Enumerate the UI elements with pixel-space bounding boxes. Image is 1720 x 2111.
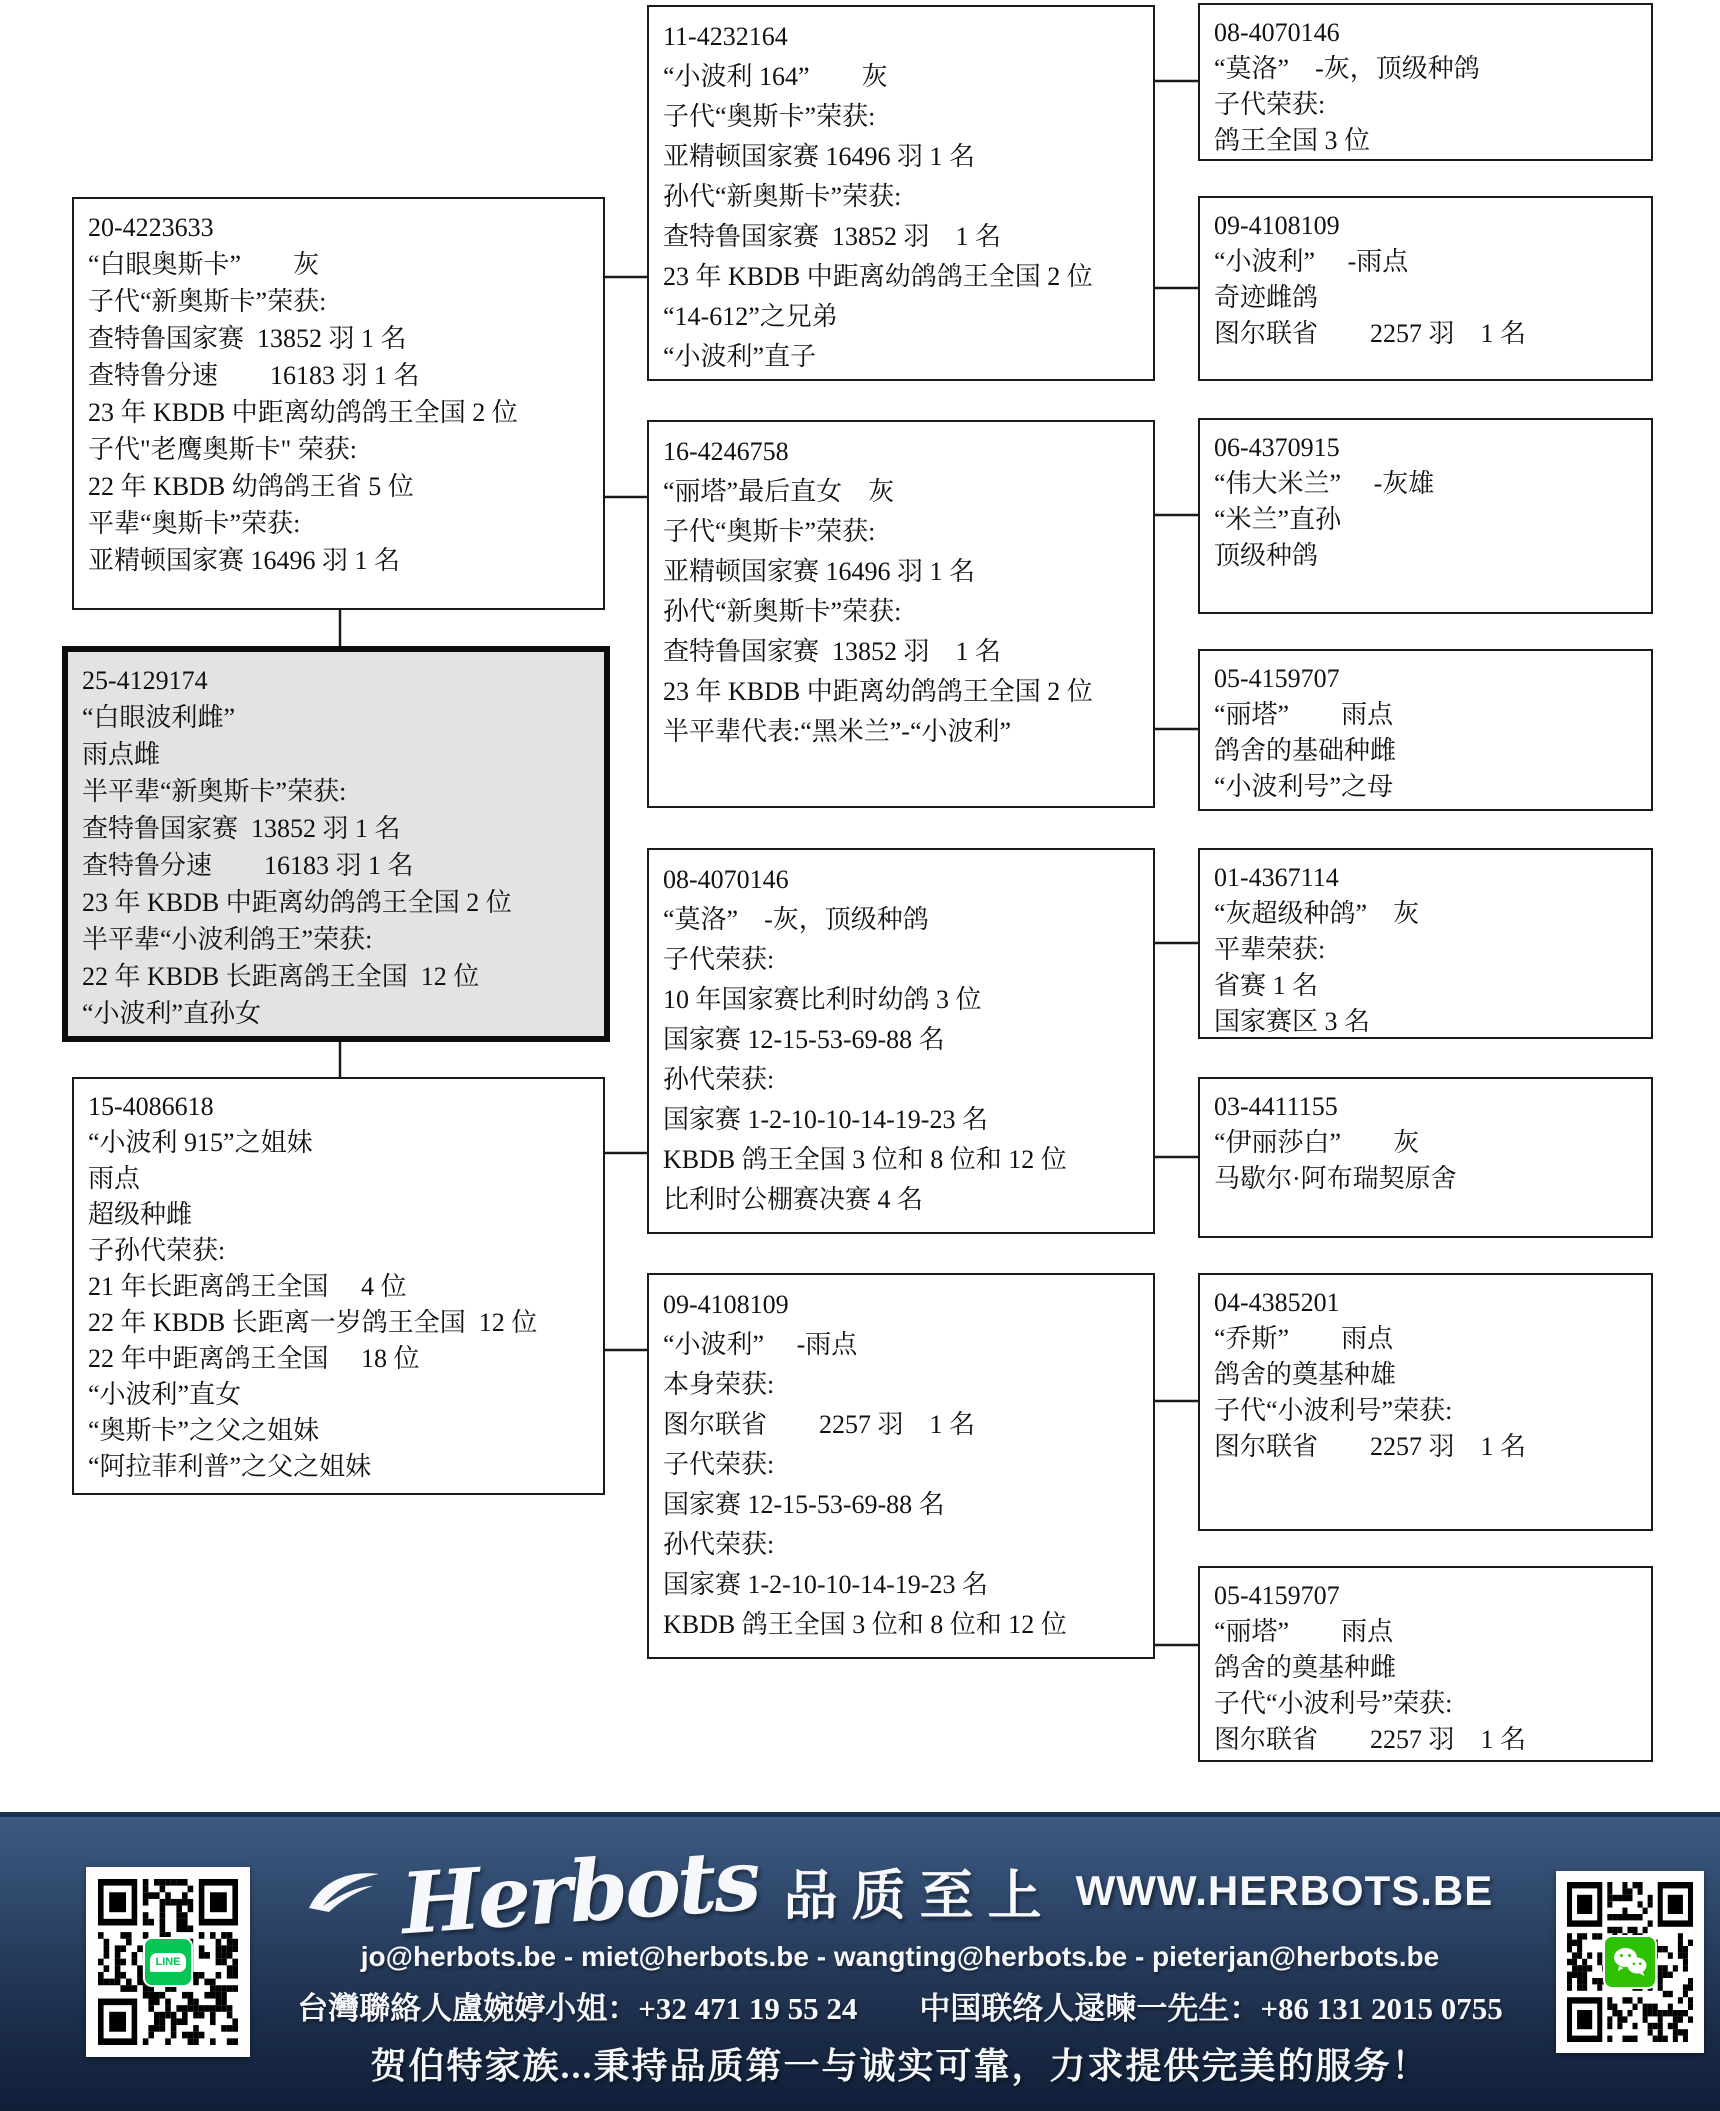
ring-number: 09-4108109 bbox=[1214, 208, 1637, 244]
pedigree-line: “14-612”之兄弟 bbox=[663, 297, 1139, 337]
pedigree-line: 孙代“新奥斯卡”荣获: bbox=[663, 177, 1139, 217]
pedigree-box-granddam-2: 09-4108109 “小波利” -雨点本身荣获:图尔联省 2257 羽 1 名… bbox=[647, 1273, 1155, 1659]
pedigree-box-ggparent-7: 04-4385201 “乔斯” 雨点鸽舍的奠基种雄子代“小波利号”荣获:图尔联省… bbox=[1198, 1273, 1653, 1531]
pedigree-line: 查特鲁国家赛 13852 羽 1 名 bbox=[82, 810, 590, 847]
pedigree-line: 雨点雌 bbox=[82, 736, 590, 773]
pedigree-box-subject: 25-4129174 “白眼波利雌”雨点雌半平辈“新奥斯卡”荣获:查特鲁国家赛 … bbox=[62, 646, 610, 1042]
pedigree-line: 省赛 1 名 bbox=[1214, 968, 1637, 1004]
pedigree-line: “丽塔” 雨点 bbox=[1214, 1614, 1637, 1650]
pedigree-line: 马歇尔·阿布瑞契原舍 bbox=[1214, 1161, 1637, 1197]
pedigree-line: 22 年 KBDB 幼鸽鸽王省 5 位 bbox=[88, 468, 589, 505]
pedigree-line: 子代"老鹰奥斯卡" 荣获: bbox=[88, 431, 589, 468]
pedigree-line: 国家赛 12-15-53-69-88 名 bbox=[663, 1485, 1139, 1525]
footer: LINE Herbots 品质至上 WWW.HERBOTS.BE jo@herb… bbox=[0, 1812, 1720, 2111]
ring-number: 03-4411155 bbox=[1214, 1089, 1637, 1125]
ring-number: 08-4070146 bbox=[1214, 15, 1637, 51]
ring-number: 06-4370915 bbox=[1214, 430, 1637, 466]
pedigree-line: 查特鲁分速 16183 羽 1 名 bbox=[82, 847, 590, 884]
pedigree-line: “小波利”直孙女 bbox=[82, 995, 590, 1032]
pedigree-line: “乔斯” 雨点 bbox=[1214, 1321, 1637, 1357]
ring-number: 08-4070146 bbox=[663, 860, 1139, 900]
pedigree-line: 亚精顿国家赛 16496 羽 1 名 bbox=[663, 552, 1139, 592]
pedigree-line: 平辈荣获: bbox=[1214, 932, 1637, 968]
pedigree-line: 子代荣获: bbox=[1214, 87, 1637, 123]
pedigree-line: 亚精顿国家赛 16496 羽 1 名 bbox=[88, 542, 589, 579]
pedigree-box-ggparent-1: 08-4070146 “莫洛” -灰，顶级种鸽子代荣获:鸽王全国 3 位 bbox=[1198, 3, 1653, 161]
pedigree-line: 图尔联省 2257 羽 1 名 bbox=[1214, 1429, 1637, 1465]
pedigree-line: 图尔联省 2257 羽 1 名 bbox=[1214, 316, 1637, 352]
pedigree-line: 图尔联省 2257 羽 1 名 bbox=[1214, 1722, 1637, 1758]
pedigree-line: “灰超级种鸽” 灰 bbox=[1214, 896, 1637, 932]
pedigree-line: “米兰”直孙 bbox=[1214, 502, 1637, 538]
pedigree-line: “莫洛” -灰，顶级种鸽 bbox=[663, 900, 1139, 940]
pedigree-line: “丽塔”最后直女 灰 bbox=[663, 472, 1139, 512]
pedigree-line: “奥斯卡”之父之姐妹 bbox=[88, 1413, 589, 1449]
pedigree-box-ggparent-4: 05-4159707 “丽塔” 雨点鸽舍的基础种雌“小波利号”之母 bbox=[1198, 649, 1653, 811]
pedigree-line: 查特鲁国家赛 13852 羽 1 名 bbox=[663, 632, 1139, 672]
pedigree-box-ggparent-8: 05-4159707 “丽塔” 雨点鸽舍的奠基种雌子代“小波利号”荣获:图尔联省… bbox=[1198, 1566, 1653, 1762]
pedigree-line: 23 年 KBDB 中距离幼鸽鸽王全国 2 位 bbox=[88, 394, 589, 431]
pedigree-box-grandsire-2: 08-4070146 “莫洛” -灰，顶级种鸽子代荣获:10 年国家赛比利时幼鸽… bbox=[647, 848, 1155, 1234]
pedigree-line: 亚精顿国家赛 16496 羽 1 名 bbox=[663, 137, 1139, 177]
feather-icon bbox=[307, 1868, 381, 1914]
pedigree-line: 国家赛 1-2-10-10-14-19-23 名 bbox=[663, 1565, 1139, 1605]
pedigree-line: 孙代荣获: bbox=[663, 1060, 1139, 1100]
pedigree-line: 孙代荣获: bbox=[663, 1525, 1139, 1565]
pedigree-line: 孙代“新奥斯卡”荣获: bbox=[663, 592, 1139, 632]
pedigree-line: “伟大米兰” -灰雄 bbox=[1214, 466, 1637, 502]
pedigree-box-dam: 15-4086618 “小波利 915”之姐妹雨点超级种雌子孙代荣获:21 年长… bbox=[72, 1077, 605, 1495]
pedigree-page: 20-4223633 “白眼奥斯卡” 灰子代“新奥斯卡”荣获:查特鲁国家赛 13… bbox=[0, 0, 1720, 2111]
ring-number: 09-4108109 bbox=[663, 1285, 1139, 1325]
pedigree-line: 国家赛 12-15-53-69-88 名 bbox=[663, 1020, 1139, 1060]
pedigree-line: 雨点 bbox=[88, 1161, 589, 1197]
pedigree-line: 半平辈“新奥斯卡”荣获: bbox=[82, 773, 590, 810]
ring-number: 15-4086618 bbox=[88, 1089, 589, 1125]
pedigree-line: 23 年 KBDB 中距离幼鸽鸽王全国 2 位 bbox=[82, 884, 590, 921]
pedigree-box-granddam-1: 16-4246758 “丽塔”最后直女 灰子代“奥斯卡”荣获:亚精顿国家赛 16… bbox=[647, 420, 1155, 808]
pedigree-line: 国家赛区 3 名 bbox=[1214, 1004, 1637, 1040]
pedigree-line: “小波利” -雨点 bbox=[1214, 244, 1637, 280]
pedigree-line: 鸽舍的奠基种雌 bbox=[1214, 1650, 1637, 1686]
pedigree-line: 国家赛 1-2-10-10-14-19-23 名 bbox=[663, 1100, 1139, 1140]
ring-number: 01-4367114 bbox=[1214, 860, 1637, 896]
pedigree-line: 子代“新奥斯卡”荣获: bbox=[88, 283, 589, 320]
pedigree-line: 超级种雌 bbox=[88, 1197, 589, 1233]
pedigree-line: “白眼奥斯卡” 灰 bbox=[88, 246, 589, 283]
pedigree-line: 22 年 KBDB 长距离一岁鸽王全国 12 位 bbox=[88, 1305, 589, 1341]
pedigree-line: 半平辈“小波利鸽王”荣获: bbox=[82, 921, 590, 958]
pedigree-line: KBDB 鸽王全国 3 位和 8 位和 12 位 bbox=[663, 1605, 1139, 1645]
pedigree-line: 查特鲁分速 16183 羽 1 名 bbox=[88, 357, 589, 394]
pedigree-line: 子孙代荣获: bbox=[88, 1233, 589, 1269]
pedigree-line: 鸽王全国 3 位 bbox=[1214, 123, 1637, 159]
pedigree-box-ggparent-3: 06-4370915 “伟大米兰” -灰雄“米兰”直孙顶级种鸽 bbox=[1198, 418, 1653, 614]
pedigree-line: 10 年国家赛比利时幼鸽 3 位 bbox=[663, 980, 1139, 1020]
pedigree-line: 图尔联省 2257 羽 1 名 bbox=[663, 1405, 1139, 1445]
pedigree-line: “小波利号”之母 bbox=[1214, 769, 1637, 805]
pedigree-line: “莫洛” -灰，顶级种鸽 bbox=[1214, 51, 1637, 87]
pedigree-line: “伊丽莎白” 灰 bbox=[1214, 1125, 1637, 1161]
line-qr-code: LINE bbox=[86, 1867, 250, 2057]
pedigree-line: 22 年中距离鸽王全国 18 位 bbox=[88, 1341, 589, 1377]
ring-number: 11-4232164 bbox=[663, 17, 1139, 57]
pedigree-line: 奇迹雌鸽 bbox=[1214, 280, 1637, 316]
ring-number: 05-4159707 bbox=[1214, 1578, 1637, 1614]
pedigree-box-ggparent-5: 01-4367114 “灰超级种鸽” 灰平辈荣获:省赛 1 名国家赛区 3 名 bbox=[1198, 848, 1653, 1039]
pedigree-box-ggparent-2: 09-4108109 “小波利” -雨点奇迹雌鸽图尔联省 2257 羽 1 名 bbox=[1198, 196, 1653, 381]
ring-number: 20-4223633 bbox=[88, 209, 589, 246]
pedigree-line: 比利时公棚赛决赛 4 名 bbox=[663, 1180, 1139, 1220]
line-icon-label: LINE bbox=[150, 1953, 185, 1972]
pedigree-line: 23 年 KBDB 中距离幼鸽鸽王全国 2 位 bbox=[663, 257, 1139, 297]
brand-row: Herbots 品质至上 WWW.HERBOTS.BE bbox=[250, 1843, 1550, 1939]
pedigree-box-ggparent-6: 03-4411155 “伊丽莎白” 灰马歇尔·阿布瑞契原舍 bbox=[1198, 1077, 1653, 1238]
pedigree-line: 23 年 KBDB 中距离幼鸽鸽王全国 2 位 bbox=[663, 672, 1139, 712]
brand-slogan: 品质至上 bbox=[784, 1853, 1056, 1930]
pedigree-line: 子代荣获: bbox=[663, 940, 1139, 980]
pedigree-line: KBDB 鸽王全国 3 位和 8 位和 12 位 bbox=[663, 1140, 1139, 1180]
pedigree-line: 22 年 KBDB 长距离鸽王全国 12 位 bbox=[82, 958, 590, 995]
pedigree-line: 鸽舍的基础种雌 bbox=[1214, 733, 1637, 769]
brand-logo: Herbots bbox=[398, 1829, 761, 1953]
pedigree-line: 查特鲁国家赛 13852 羽 1 名 bbox=[663, 217, 1139, 257]
contact-phones: 台灣聯絡人盧婉婷小姐：+32 471 19 55 24 中国联络人逯暕一先生：+… bbox=[250, 1983, 1550, 2028]
pedigree-line: “小波利 164” 灰 bbox=[663, 57, 1139, 97]
pedigree-line: “小波利 915”之姐妹 bbox=[88, 1125, 589, 1161]
pedigree-line: 子代“小波利号”荣获: bbox=[1214, 1393, 1637, 1429]
pedigree-line: 查特鲁国家赛 13852 羽 1 名 bbox=[88, 320, 589, 357]
pedigree-line: 子代“奥斯卡”荣获: bbox=[663, 512, 1139, 552]
ring-number: 25-4129174 bbox=[82, 662, 590, 699]
pedigree-line: 子代“小波利号”荣获: bbox=[1214, 1686, 1637, 1722]
footer-content: Herbots 品质至上 WWW.HERBOTS.BE jo@herbots.b… bbox=[250, 1843, 1550, 2089]
pedigree-line: “阿拉菲利普”之父之姐妹 bbox=[88, 1449, 589, 1485]
ring-number: 05-4159707 bbox=[1214, 661, 1637, 697]
pedigree-box-sire: 20-4223633 “白眼奥斯卡” 灰子代“新奥斯卡”荣获:查特鲁国家赛 13… bbox=[72, 197, 605, 610]
pedigree-line: 鸽舍的奠基种雄 bbox=[1214, 1357, 1637, 1393]
wechat-icon bbox=[1603, 1935, 1657, 1989]
pedigree-line: “小波利”直子 bbox=[663, 337, 1139, 377]
pedigree-line: “小波利”直女 bbox=[88, 1377, 589, 1413]
pedigree-line: 顶级种鸽 bbox=[1214, 538, 1637, 574]
pedigree-line: 子代荣获: bbox=[663, 1445, 1139, 1485]
pedigree-line: 子代“奥斯卡”荣获: bbox=[663, 97, 1139, 137]
pedigree-line: “丽塔” 雨点 bbox=[1214, 697, 1637, 733]
ring-number: 16-4246758 bbox=[663, 432, 1139, 472]
website-url: WWW.HERBOTS.BE bbox=[1076, 1867, 1494, 1915]
tagline: 贺伯特家族...秉持品质第一与诚实可靠，力求提供完美的服务！ bbox=[250, 2038, 1550, 2089]
pedigree-line: 21 年长距离鸽王全国 4 位 bbox=[88, 1269, 589, 1305]
pedigree-line: 半平辈代表:“黑米兰”-“小波利” bbox=[663, 712, 1139, 752]
pedigree-line: “小波利” -雨点 bbox=[663, 1325, 1139, 1365]
pedigree-box-grandsire-1: 11-4232164 “小波利 164” 灰子代“奥斯卡”荣获:亚精顿国家赛 1… bbox=[647, 5, 1155, 381]
pedigree-line: “白眼波利雌” bbox=[82, 699, 590, 736]
pedigree-line: 本身荣获: bbox=[663, 1365, 1139, 1405]
wechat-qr-code bbox=[1556, 1871, 1704, 2053]
pedigree-line: 平辈“奥斯卡”荣获: bbox=[88, 505, 589, 542]
line-icon: LINE bbox=[143, 1937, 193, 1987]
ring-number: 04-4385201 bbox=[1214, 1285, 1637, 1321]
